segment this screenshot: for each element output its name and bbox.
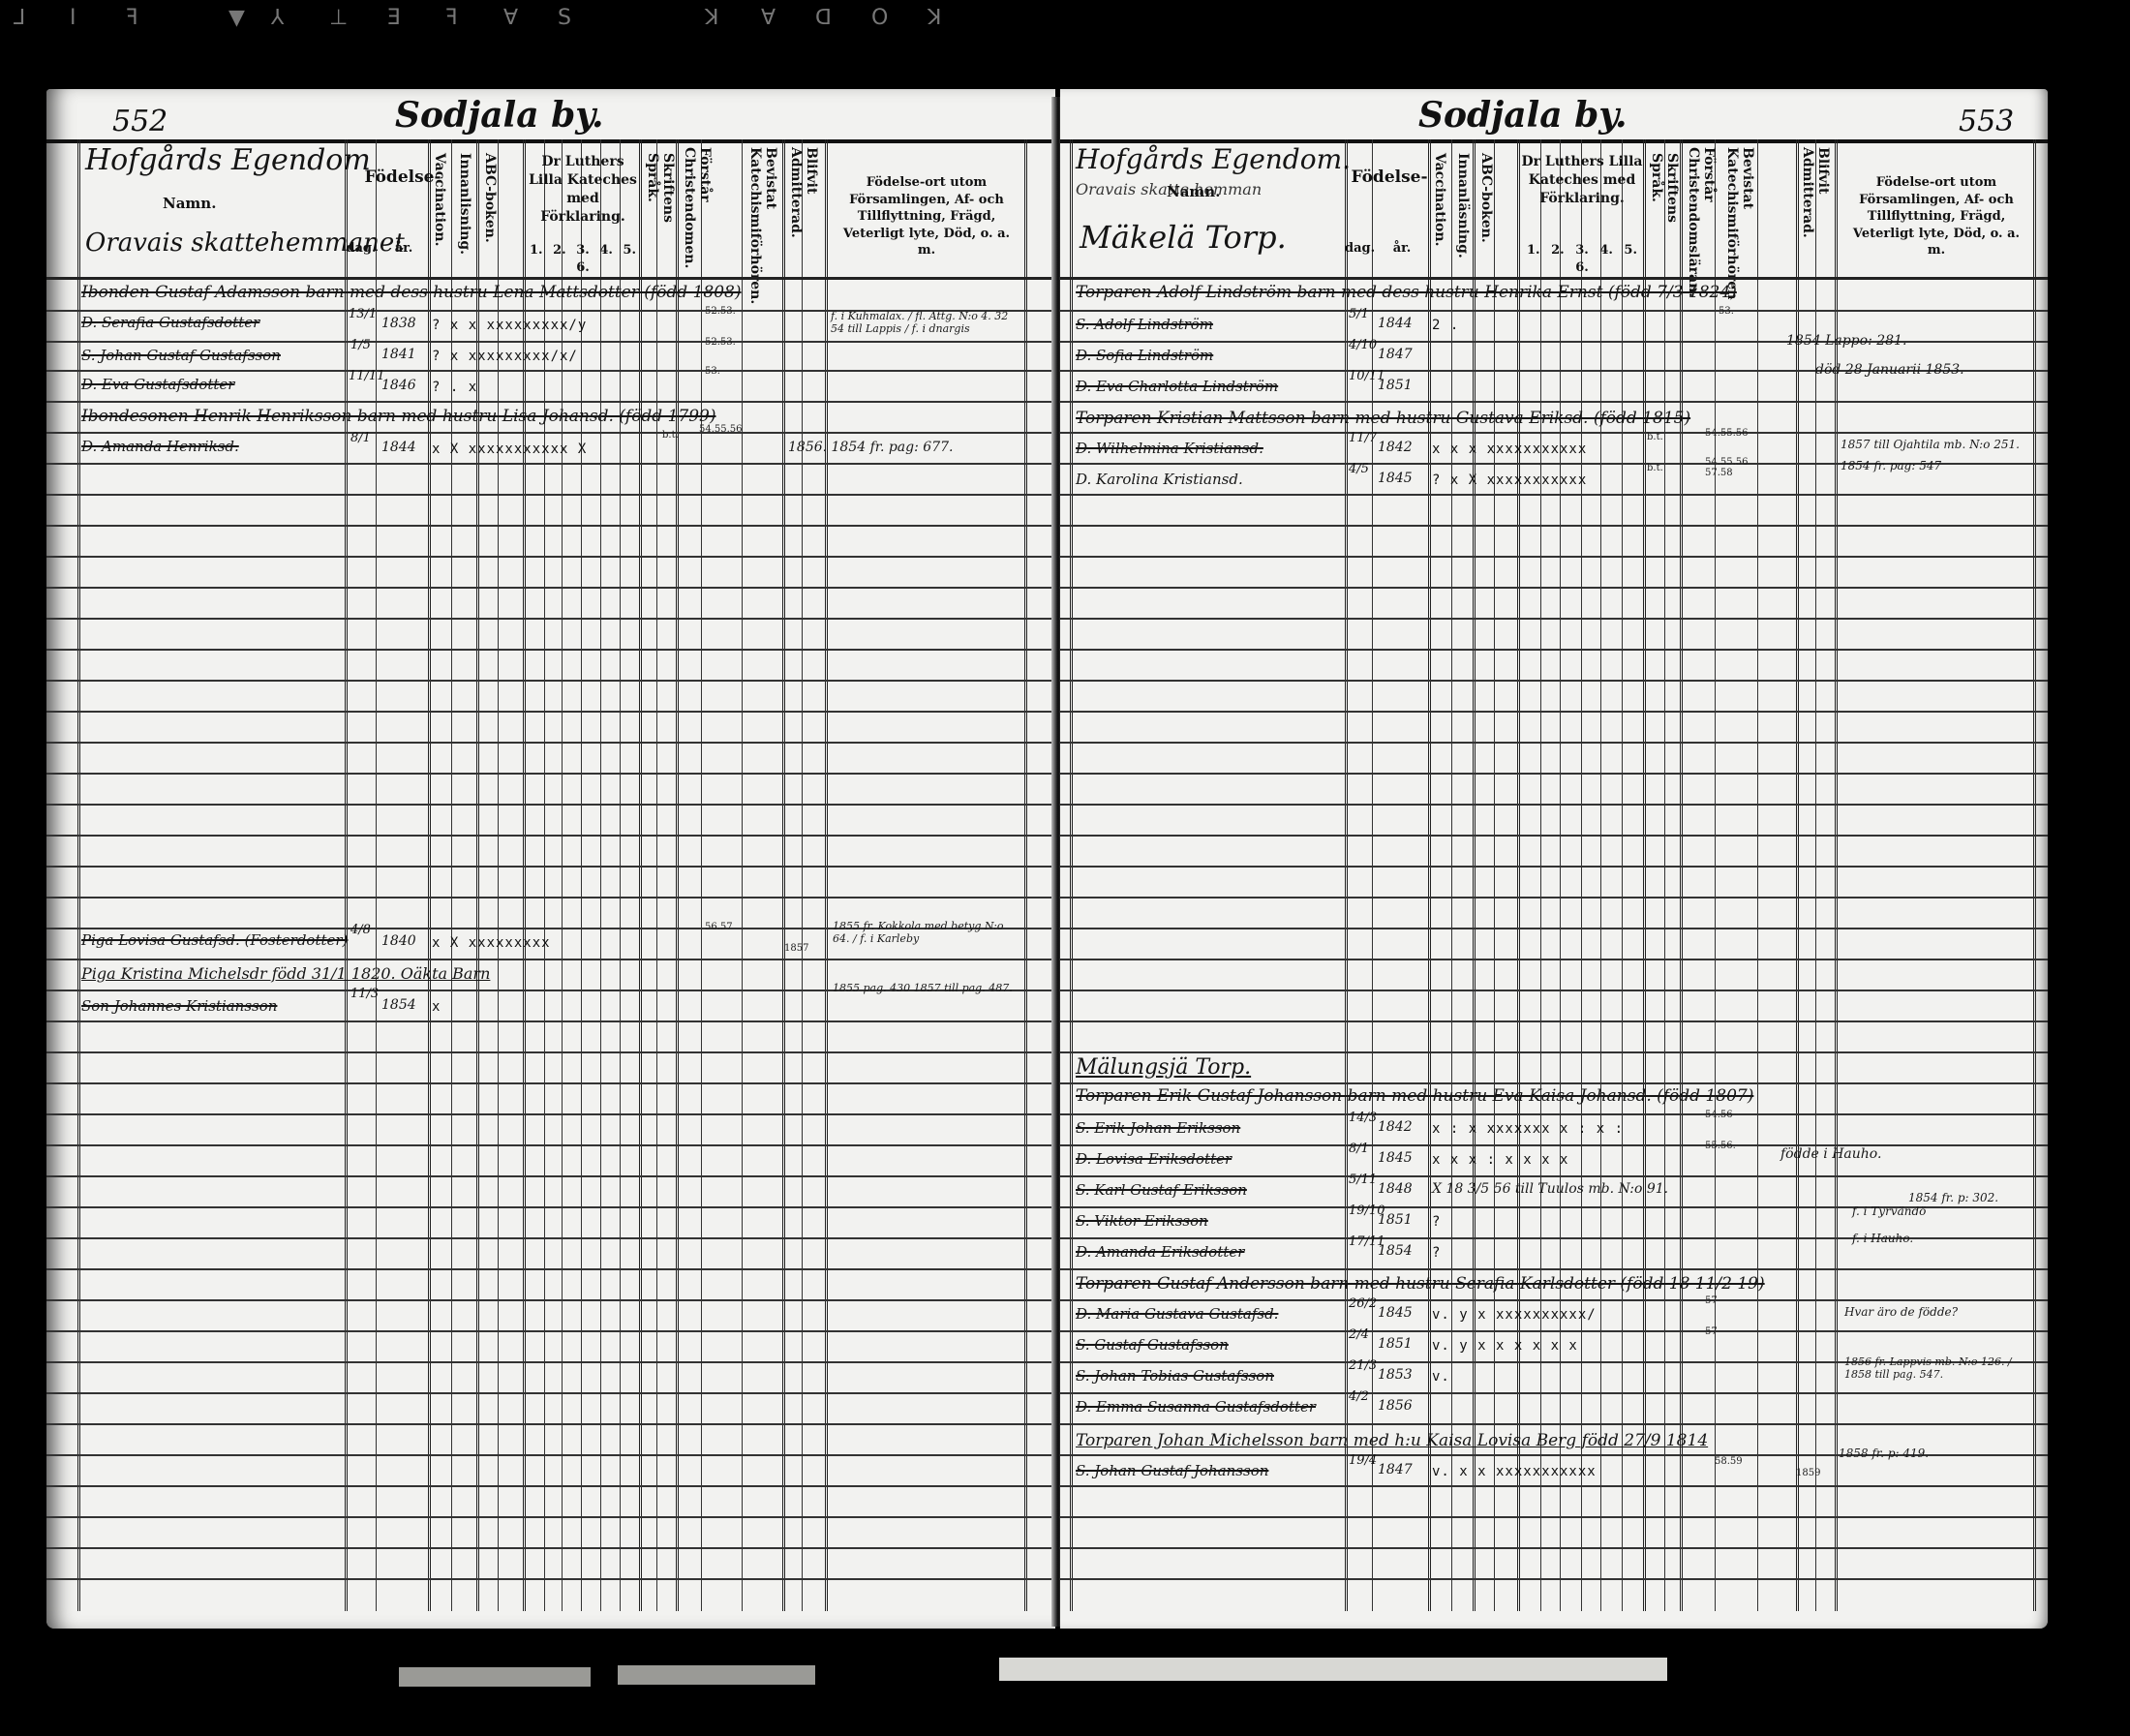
right-page: Sodjala by. 553 Hofgårds Egendom. Namn. … [1060,89,2048,1629]
skriftens-value: b.t. [662,430,679,441]
birth-year: 1841 [381,347,416,362]
person-entry: D. Maria Gustava Gustafsd. [1076,1305,1278,1323]
person-entry: Son Johannes Kristiansson [81,997,277,1015]
estate-heading: Hofgårds Egendom [85,143,371,177]
birth-year: 1851 [1378,1336,1413,1352]
person-entry: D. Amanda Eriksdotter [1076,1243,1244,1261]
luther-subcolumns: 1. 2. 3. 4. 5. 6. [527,242,639,276]
bevistat-value: 54.56 [1705,1110,1733,1120]
remarks-note: 1855 fr. Kokkola med betyg N:o 64. / f. … [833,920,1022,945]
birth-year-header: år. [380,240,428,258]
person-entry: Piga Kristina Michelsdr född 31/1 1820. … [81,964,490,983]
catechism-marks: x X xxxxxxxxxxx X [432,442,587,457]
household-head-entry: Ibondesonen Henrik Henriksson barn med h… [81,407,716,426]
bevistat-value: 58.59 [1715,1456,1743,1467]
forstar-header: Förstår Christendomen. [680,147,713,263]
remarks-note: Hvar äro de födde? [1844,1305,1958,1319]
skriftens-header: Skriftens Språk. [1649,153,1680,259]
admitterad-header: Blifvit Admitterad. [790,147,819,254]
birth-day-header: dag. [1345,240,1374,258]
remarks-note: f. i Hauho. [1852,1232,1913,1245]
birth-year: 1851 [1378,1212,1413,1228]
vaccination-header: Vaccination. [432,153,447,259]
admitterad-value: 1857 [784,943,808,954]
farm-heading: Oravais skatte hemman [1076,180,1262,198]
household-head-entry: Torparen Erik Gustaf Johansson barn med … [1076,1086,1753,1106]
catechism-marks: X 18 3/5 56 till Tuulos mb. N:o 91. [1432,1181,1668,1197]
catechism-marks: ? [1432,1245,1441,1261]
birth-year: 1840 [381,933,416,949]
birth-year: 1845 [1378,471,1413,486]
remarks-note: 1854 fr. p: 302. [1908,1191,1998,1204]
birth-day: 11/7 [1349,432,1377,445]
catechism-marks: x [432,999,441,1015]
birth-day: 11/3 [350,988,379,1001]
birth-day: 1/5 [350,339,371,352]
name-column-header: Namn. [163,194,216,213]
catechism-marks: x x x xxxxxxxxxxx [1432,442,1587,457]
birth-year: 1854 [1378,1243,1413,1259]
birth-year: 1846 [381,378,416,393]
ledger-grid: Hofgårds Egendom. Namn. Oravais skatte h… [1060,139,2048,1611]
vaccination-header: Vaccination. [1432,153,1447,259]
bevistat-value: 53. [1719,306,1734,317]
catechism-marks: ? x x xxxxxxxxx/y [432,318,587,333]
remarks-note: 1856 fr. Lappvis mb. N:o 126. / 1858 til… [1844,1355,2028,1381]
person-entry: D. Lovisa Eriksdotter [1076,1150,1232,1168]
person-entry: S. Johan Gustaf Gustafsson [81,347,281,364]
catechism-marks: ? . x [432,380,477,395]
remarks-note: f. i Kuhmalax. / fl. Attg. N:o 4. 32 54 … [831,310,1015,335]
luther-header: Dr Luthers Lilla Kateches med Förklaring… [527,153,639,227]
remarks-note: 1854 Lappo: 281. [1786,333,1906,349]
birth-year: 1844 [1378,316,1413,331]
birth-year: 1847 [1378,347,1413,362]
remarks-note: död 28 Januarii 1853. [1815,362,1964,378]
admitterad-value: 1859 [1796,1468,1820,1478]
bevistat-value: 54.55.56 57.58 [1705,457,1753,478]
luther-subcolumns: 1. 2. 3. 4. 5. 6. [1521,242,1643,276]
birth-year: 1853 [1378,1367,1413,1383]
remarks-note: 1857 till Ojahtila mb. N:o 251. [1841,438,2020,451]
birth-year: 1842 [1378,440,1413,455]
village-title: Sodjala by. [1418,95,1628,136]
catechism-marks: x : x xxxxxxx x : x : [1432,1121,1624,1137]
birth-day: 26/2 [1349,1297,1377,1311]
birth-day: 2/4 [1349,1328,1369,1342]
birth-year: 1856 [1378,1398,1413,1414]
bevistat-value: 55.56. [1705,1141,1736,1151]
household-head-entry: Torparen Johan Michelsson barn med h:u K… [1076,1431,1708,1450]
catechism-marks: 2 . [1432,318,1459,333]
household-head-entry: Ibonden Gustaf Adamsson barn med dess hu… [81,283,742,302]
birth-day: 4/8 [350,924,371,937]
page-number: 552 [112,105,167,138]
estate-heading: Hofgårds Egendom. [1076,143,1351,175]
birth-day: 21/3 [1349,1359,1377,1373]
skriftens-value: b.t. [1647,432,1663,442]
abc-header: ABC-boken. [482,153,498,259]
person-entry: D. Serafia Gustafsdotter [81,314,259,331]
person-entry: S. Karl Gustaf Eriksson [1076,1181,1247,1199]
household-head-entry: Torparen Kristian Mattsson barn med hust… [1076,409,1690,428]
birth-header: Födelse- [1351,167,1428,189]
birth-year: 1851 [1378,378,1413,393]
bevistat-value: 57 [1705,1326,1718,1337]
skriftens-value: b.t. [1647,463,1663,473]
catechism-marks: x x x : x x x x [1432,1152,1568,1168]
croft-heading: Mälungsjä Torp. [1076,1055,1251,1080]
birth-day-header: dag. [345,240,378,258]
birth-day: 19/4 [1349,1454,1377,1468]
birth-day: 5/11 [1349,1173,1377,1187]
person-entry: Piga Lovisa Gustafsd. (Fosterdotter) [81,931,348,949]
admitterad-header: Blifvit Admitterad. [1802,147,1831,254]
birth-day: 4/2 [1349,1390,1369,1404]
person-entry: D. Amanda Henriksd. [81,438,239,455]
remarks-note: 1854 fr. pag: 547 [1841,459,1941,472]
bevistat-value: 52.53. [705,337,736,348]
birth-day: 5/1 [1349,308,1369,321]
birth-year: 1844 [381,440,416,455]
person-entry: D. Eva Gustafsdotter [81,376,234,393]
person-entry: D. Emma Susanna Gustafsdotter [1076,1398,1316,1416]
person-entry: D. Eva Charlotta Lindström [1076,378,1278,395]
birth-day: 14/3 [1349,1112,1377,1125]
film-edge-markings: ⅃ I ꟻ ▼ ⅄ ⊥ Ǝ ꟻ ∀ S ꓘ ∀ ᗡ O ꓘ [0,0,2130,58]
remarks-note: födde i Hauho. [1780,1146,1881,1162]
catechism-marks: v. [1432,1369,1450,1385]
birth-year: 1847 [1378,1462,1413,1477]
birth-day: 13/1 [349,308,377,321]
catechism-marks: ? [1432,1214,1441,1230]
birth-year: 1838 [381,316,416,331]
birth-year: 1842 [1378,1119,1413,1135]
croft-heading: Mäkelä Torp. [1080,219,1287,256]
remarks-note: 1858 fr. p: 419. [1839,1447,1929,1460]
bevistat-value: 54.55.56 [699,424,743,435]
ledger-grid: Hofgårds Egendom Namn. Oravais skattehem… [46,139,1055,1611]
forstar-header: Förstår Christendomsläran. [1684,147,1717,263]
remarks-note: 1855 pag. 430 1857 till pag. 487. [833,982,1013,994]
bevistat-value: 52.53. [705,306,736,317]
catechism-marks: ? x X xxxxxxxxxxx [1432,472,1587,488]
person-entry: D. Sofia Lindström [1076,347,1213,364]
person-entry: D. Karolina Kristiansd. [1076,471,1243,488]
person-entry: S. Erik Johan Eriksson [1076,1119,1240,1137]
birth-year-header: år. [1376,240,1428,258]
left-page: 552 Sodjala by. Hofgårds Egendom Namn. O… [46,89,1055,1629]
birth-year: 1845 [1378,1305,1413,1321]
catechism-marks: v. y x x x x x x [1432,1338,1578,1354]
bevistat-value: 57 [1705,1295,1718,1306]
birth-year: 1845 [1378,1150,1413,1166]
remarks-note: f. i Tyrvändö [1852,1204,1926,1218]
catechism-marks: x X xxxxxxxxx [432,935,551,951]
village-title: Sodjala by. [395,95,604,136]
bevistat-value: 56.57 [705,922,733,932]
film-fragment [618,1665,815,1685]
person-entry: S. Adolf Lindström [1076,316,1213,333]
birth-day: 4/10 [1349,339,1377,352]
film-fragment [399,1667,591,1687]
abc-header: ABC-boken. [1478,153,1494,259]
birth-year: 1854 [381,997,416,1013]
birth-day: 8/1 [350,432,371,445]
skriftens-header: Skriftens Språk. [645,153,676,259]
innanlasning-header: Innanläsning. [1455,153,1471,259]
bevistat-header: Bevistat Katechismiförhören [1722,147,1755,263]
household-head-entry: Torparen Gustaf Andersson barn med hustr… [1076,1274,1765,1294]
page-number: 553 [1959,105,2014,138]
person-entry: S. Gustaf Gustafsson [1076,1336,1229,1354]
person-entry: S. Viktor Eriksson [1076,1212,1208,1230]
remarks-header: Födelse-ort utom Församlingen, Af- och T… [1846,174,2026,259]
birth-day: 8/1 [1349,1142,1369,1156]
person-entry: D. Wilhelmina Kristiansd. [1076,440,1263,457]
bevistat-value: 53. [705,366,720,377]
birth-day: 11/11 [349,370,384,383]
luther-header: Dr Luthers Lilla Kateches med Förklaring… [1521,153,1643,208]
catechism-marks: v. x x xxxxxxxxxxx [1432,1464,1597,1479]
birth-year: 1848 [1378,1181,1413,1197]
person-entry: S. Johan Gustaf Johansson [1076,1462,1268,1479]
person-entry: S. Johan Tobias Gustafsson [1076,1367,1274,1385]
remarks-note: 1856. 1854 fr. pag: 677. [788,440,953,455]
innanlasning-header: Innanlisning. [457,153,472,259]
bevistat-header: Bevistat Katechismiförhören. [745,147,778,263]
catechism-marks: v. y x xxxxxxxxxx/ [1432,1307,1597,1323]
birth-day: 4/5 [1349,463,1369,476]
remarks-header: Födelse-ort utom Församlingen, Af- och T… [837,174,1017,259]
bevistat-value: 54.55.56 [1705,428,1749,439]
catechism-marks: ? x xxxxxxxxx/x/ [432,349,578,364]
household-head-entry: Torparen Adolf Lindström barn med dess h… [1076,283,1737,302]
film-fragment [999,1658,1667,1681]
